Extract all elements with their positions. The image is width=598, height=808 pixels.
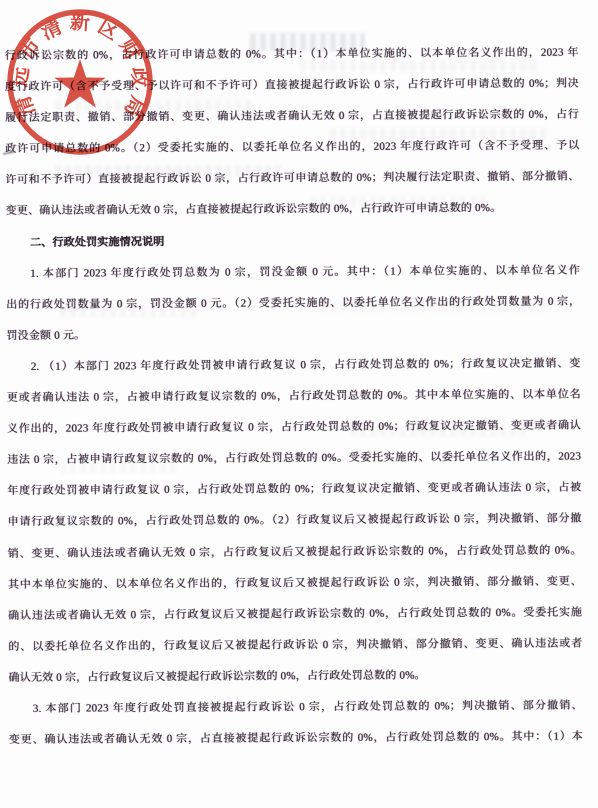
text-line: 1. 本部门 2023 年度行政处罚总数为 0 宗，罚没金额 0 元。其中：（1… xyxy=(6,255,580,290)
text-line: 其中本单位实施的、以本单位名义作出的，行政复议后又被提起行政诉讼 0 宗，判决撤… xyxy=(8,566,582,601)
text-line: 申请行政复议宗数的 0%，占行政处罚总数的 0%。（2）行政复议后又被提起行政诉… xyxy=(7,504,581,539)
text-line: 罚没金额 0 元。 xyxy=(6,317,580,352)
text-line: 销、变更、确认违法或者确认无效 0 宗，占行政复议后又被提起行政诉讼宗数的 0%… xyxy=(8,535,582,570)
text-line: 确认违法或者确认无效 0 宗，占行政复议后又被提起行政诉讼宗数的 0%，占行政处… xyxy=(8,597,582,632)
text-line: 出的行政处罚数量为 0 宗，罚没金额 0 元。（2）受委托实施的、以委托单位名义… xyxy=(6,286,580,321)
text-line: 义作出的，2023 年度行政处罚被申请行政复议 0 宗，占行政处罚总数的 0%；… xyxy=(7,411,581,446)
text-line: 违法 0 宗，占被申请行政复议宗数的 0%，占行政处罚总数的 0%。受委托实施的… xyxy=(7,442,581,477)
section-heading: 二、行政处罚实施情况说明 xyxy=(6,224,580,259)
seal-star-icon xyxy=(54,59,105,108)
text-line: 2. （1）本部门 2023 年度行政处罚被申请行政复议 0 宗，占行政处罚总数… xyxy=(7,348,581,383)
text-line: 变更、确认违法或者确认无效 0 宗，占直接被提起行政诉讼宗数的 0%，占行政许可… xyxy=(6,193,580,228)
text-line: 更或者确认违法 0 宗，占被申请行政复议宗数的 0%，占行政处罚总数的 0%。其… xyxy=(7,380,581,415)
official-seal-stamp: 清远市清新区财政局 xyxy=(0,2,168,172)
text-line: 年度行政处罚被申请行政复议 0 宗，占行政处罚总数的 0%；行政复议决定撤销、变… xyxy=(7,473,581,508)
scanned-document-page: 行政诉讼宗数的 0%，占行政许可申请总数的 0%。其中：（1）本单位实施的、以本… xyxy=(0,0,598,808)
text-line: 变更、确认违法或者确认无效 0 宗，占直接被提起行政诉讼宗数的 0%，占行政处罚… xyxy=(9,722,583,757)
text-line: 确认无效 0 宗，占行政复议后又被提起行政诉讼宗数的 0%，占行政处罚总数的 0… xyxy=(8,659,582,694)
text-line: 的、以委托单位名义作出的，行政复议后又被提起行政诉讼 0 宗，判决撤销、部分撤销… xyxy=(8,628,582,663)
text-line: 3. 本部门 2023 年度行政处罚直接被提起行政诉讼 0 宗，占行政处罚总数的… xyxy=(9,690,583,725)
